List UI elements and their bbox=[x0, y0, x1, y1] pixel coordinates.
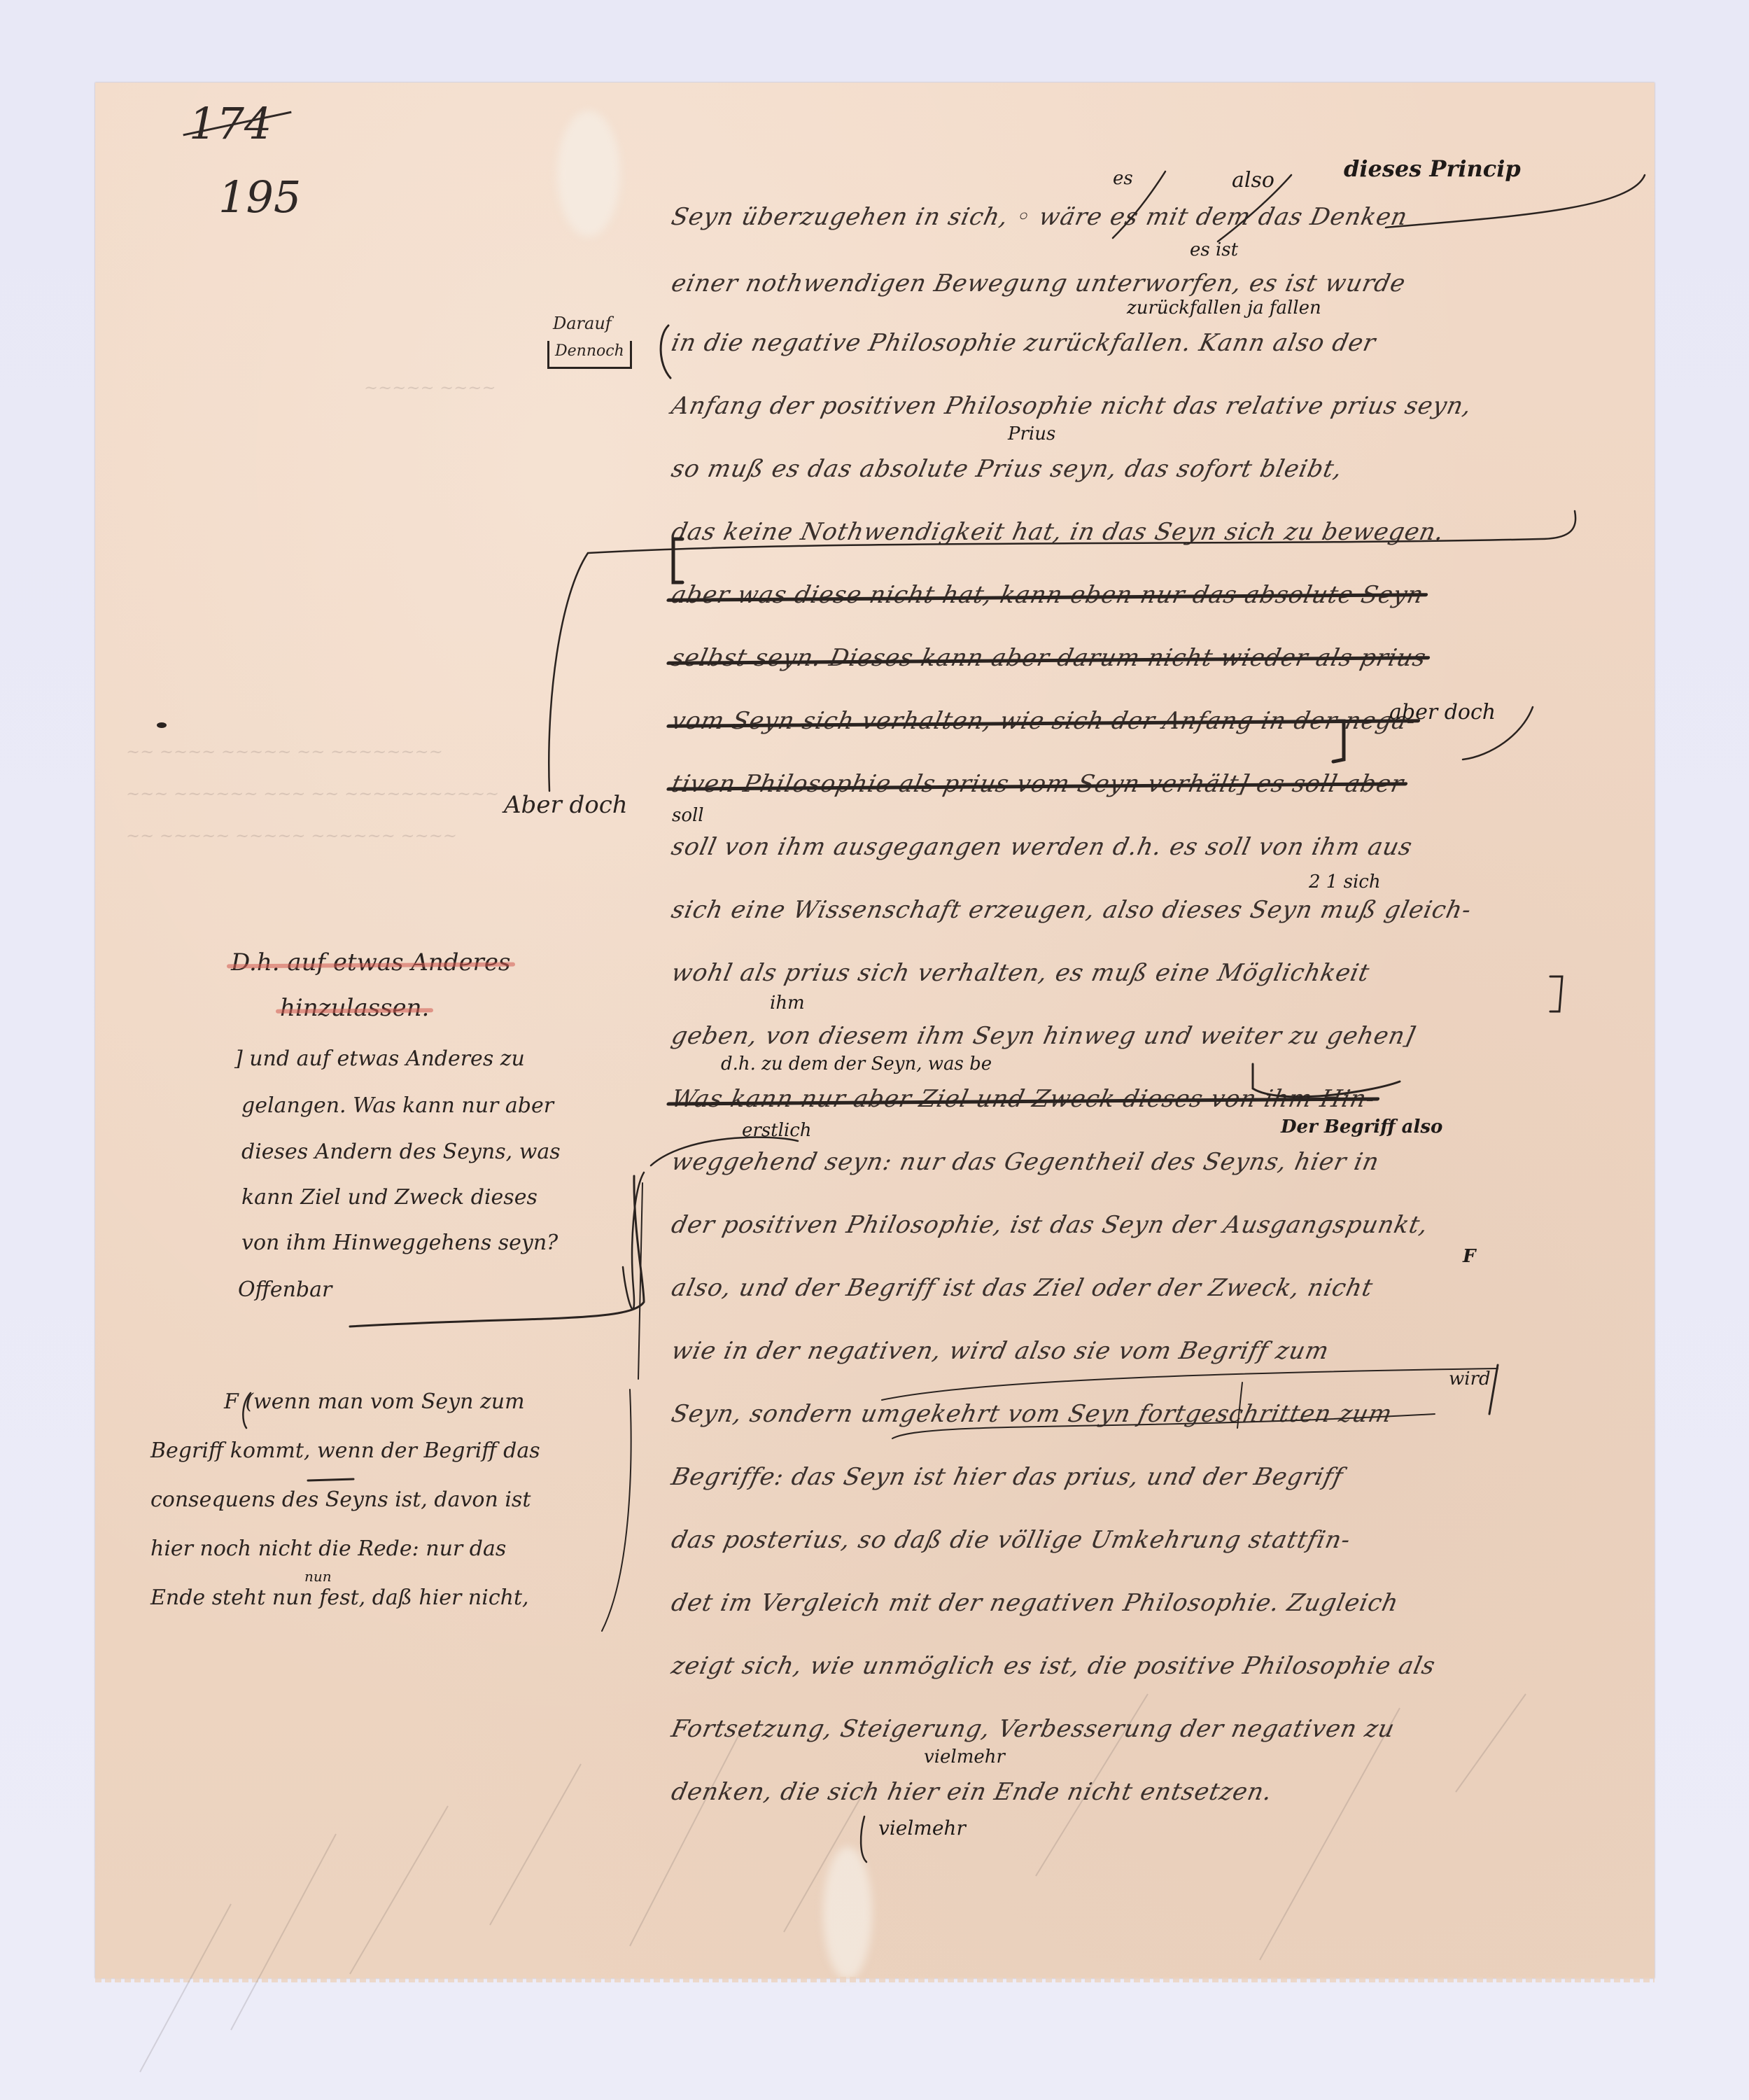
show-through-text: ~~ ~~~~ ~~~~~ ~~ ~~~~~~~~ bbox=[126, 742, 443, 762]
insertion: es ist bbox=[1190, 239, 1238, 260]
struck-margin-text: D.h. auf etwas Anderes bbox=[231, 948, 511, 976]
text-line-struck: vom Seyn sich verhalten, wie sich der An… bbox=[669, 707, 1419, 735]
text-line: in die negative Philosophie zurückfallen… bbox=[669, 329, 1379, 357]
margin-note-line: Ende steht nun fest, daß hier nicht, bbox=[150, 1585, 529, 1610]
text-line-struck: tiven Philosophie als prius vom Seyn ver… bbox=[669, 770, 1407, 798]
text-line-struck: aber was diese nicht hat, kann eben nur … bbox=[669, 581, 1426, 609]
show-through-text: ~~ ~~~~~ ~~~~~ ~~~~~~ ~~~~ bbox=[126, 826, 457, 846]
insertion: Prius bbox=[1008, 423, 1055, 444]
margin-note-red-struck: D.h. auf etwas Anderes bbox=[231, 948, 511, 976]
text-line: Seyn überzugehen in sich, ◦ wäre es mit … bbox=[669, 203, 1410, 231]
margin-note-line: von ihm Hinweggehens seyn? bbox=[241, 1231, 558, 1255]
text-line: Anfang der positiven Philosophie nicht d… bbox=[669, 392, 1475, 420]
ink-dot bbox=[157, 722, 167, 728]
insertion-red: erstlich bbox=[742, 1120, 812, 1141]
struck-text: selbst seyn. Dieses kann aber darum nich… bbox=[669, 644, 1429, 672]
struck-text: vom Seyn sich verhalten, wie sich der An… bbox=[669, 707, 1419, 735]
insertion-red: vielmehr bbox=[924, 1746, 1005, 1767]
text-line: sich eine Wissenschaft erzeugen, also di… bbox=[669, 896, 1474, 924]
struck-text: tiven Philosophie als prius vom Seyn ver… bbox=[669, 770, 1407, 798]
folio-number: 195 bbox=[218, 171, 301, 223]
text-line: det im Vergleich mit der negativen Philo… bbox=[669, 1589, 1401, 1617]
insertion: F bbox=[1463, 1246, 1475, 1267]
struck-text: aber was diese nicht hat, kann eben nur … bbox=[669, 581, 1426, 609]
text-line-struck: Was kann nur aber Ziel und Zweck dieses … bbox=[669, 1085, 1378, 1113]
text-line: das keine Nothwendigkeit hat, in das Sey… bbox=[669, 518, 1447, 546]
insertion: zurückfallen ja fallen bbox=[1127, 297, 1321, 318]
text-line: soll von ihm ausgegangen werden d.h. es … bbox=[669, 833, 1415, 861]
folio-number-old-struck: 174 bbox=[189, 98, 272, 149]
margin-note-line: Begriff kommt, wenn der Begriff das bbox=[150, 1438, 540, 1463]
text-line: wie in der negativen, wird also sie vom … bbox=[669, 1337, 1332, 1365]
margin-note-line: dieses Andern des Seyns, was bbox=[241, 1140, 561, 1164]
insertion-dieses-princip: dieses Princip bbox=[1344, 155, 1521, 182]
insertion-red: d.h. zu dem der Seyn, was be bbox=[721, 1053, 992, 1074]
text-line: Fortsetzung, Steigerung, Verbesserung de… bbox=[669, 1715, 1398, 1743]
text-line: zeigt sich, wie unmöglich es ist, die po… bbox=[669, 1652, 1438, 1680]
text-line: Begriffe: das Seyn ist hier das prius, u… bbox=[669, 1463, 1346, 1491]
insertion-es: es bbox=[1113, 168, 1133, 189]
struck-text: Was kann nur aber Ziel und Zweck dieses … bbox=[669, 1085, 1378, 1113]
margin-note-line: gelangen. Was kann nur aber bbox=[241, 1093, 554, 1118]
margin-note-darauf: Darauf bbox=[553, 314, 612, 333]
text-line: Seyn, sondern umgekehrt vom Seyn fortges… bbox=[669, 1400, 1395, 1428]
paper-stain bbox=[823, 1847, 872, 1980]
insertion: soll bbox=[672, 805, 704, 826]
margin-note-line: hier noch nicht die Rede: nur das bbox=[150, 1536, 506, 1561]
insertion-also: also bbox=[1232, 168, 1274, 192]
insertion-vielmehr: vielmehr bbox=[878, 1816, 966, 1840]
text-line: der positiven Philosophie, ist das Seyn … bbox=[669, 1211, 1431, 1239]
insertion: wird bbox=[1449, 1368, 1491, 1389]
insertion: ihm bbox=[770, 993, 805, 1014]
insertion: 2 1 sich bbox=[1309, 871, 1381, 892]
insertion: Der Begriff also bbox=[1281, 1116, 1442, 1137]
text-line: so muß es das absolute Prius seyn, das s… bbox=[669, 455, 1345, 483]
margin-note-red-struck: hinzulassen. bbox=[280, 994, 429, 1022]
text-line: das posterius, so daß die völlige Umkehr… bbox=[669, 1526, 1354, 1554]
margin-note-line: consequens des Seyns ist, davon ist bbox=[150, 1487, 531, 1512]
insertion-red: aber doch bbox=[1389, 700, 1496, 724]
insertion-nun: nun bbox=[304, 1568, 332, 1585]
margin-note-dennoch-box: Dennoch bbox=[547, 341, 632, 369]
text-line: geben, von diesem ihm Seyn hinweg und we… bbox=[669, 1022, 1418, 1050]
text-line: einer nothwendigen Bewegung unterworfen,… bbox=[669, 269, 1409, 297]
text-line-struck: selbst seyn. Dieses kann aber darum nich… bbox=[669, 644, 1429, 672]
paper-stain bbox=[557, 111, 620, 237]
margin-note-aber-doch: Aber doch bbox=[504, 791, 628, 819]
margin-note-line: Offenbar bbox=[238, 1277, 332, 1302]
show-through-text: ~~~ ~~~~~~ ~~~ ~~ ~~~~~~~~~~~ bbox=[126, 784, 499, 804]
show-through-text: ~~~~~ ~~~~ bbox=[364, 378, 496, 398]
margin-note-line: ] und auf etwas Anderes zu bbox=[234, 1046, 525, 1071]
text-line: weggehend seyn: nur das Gegentheil des S… bbox=[669, 1148, 1382, 1176]
text-line: also, und der Begriff ist das Ziel oder … bbox=[669, 1274, 1376, 1302]
margin-note-line: kann Ziel und Zweck dieses bbox=[241, 1185, 538, 1210]
text-line: wohl als prius sich verhalten, es muß ei… bbox=[669, 959, 1372, 987]
text-line: denken, die sich hier ein Ende nicht ent… bbox=[669, 1778, 1275, 1806]
struck-margin-text: hinzulassen. bbox=[280, 994, 429, 1022]
margin-note-line: F (wenn man vom Seyn zum bbox=[224, 1389, 525, 1414]
